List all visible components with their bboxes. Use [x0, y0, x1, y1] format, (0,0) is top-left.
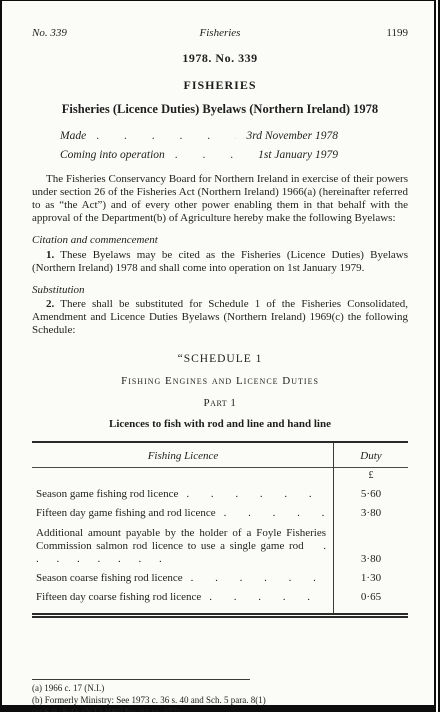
dot-leader: [183, 572, 326, 585]
table-row: Additional amount payable by the holder …: [32, 527, 408, 567]
schedule-part: Part 1: [32, 397, 408, 410]
licence-text: Fifteen day coarse fishing rod licence: [36, 591, 201, 604]
licence-text: Season game fishing rod licence: [36, 488, 178, 501]
table-row: Fifteen day coarse fishing rod licence 0…: [32, 591, 408, 604]
table-header-rule: [32, 467, 408, 468]
dot-leader: [201, 591, 326, 604]
table-row: Season coarse fishing rod licence 1·30: [32, 572, 408, 585]
section-text: These Byelaws may be cited as the Fisher…: [32, 249, 408, 274]
table-column-divider: [333, 443, 334, 614]
section-heading: Citation and commencement: [32, 234, 408, 247]
licence-text: Fifteen day game fishing and rod licence: [36, 507, 216, 520]
column-header-duty: Duty: [334, 450, 408, 463]
preamble-paragraph: The Fisheries Conservancy Board for Nort…: [32, 173, 408, 226]
footnote: (b) Formerly Ministry: See 1973 c. 36 s.…: [32, 695, 408, 707]
duty-cell: 0·65: [334, 591, 408, 604]
running-header-subject: Fisheries: [122, 27, 318, 40]
footnote-separator-rule: [32, 679, 250, 680]
licence-duty-table: Fishing Licence Duty £ Season game fishi…: [32, 441, 408, 619]
dot-leader: [178, 488, 326, 501]
footnote: (c) S.R. & O. (N.I.) 1969 No. 91 (p. 377…: [32, 707, 408, 712]
made-label: Made: [60, 130, 86, 144]
licence-cell: Fifteen day game fishing and rod licence: [32, 507, 334, 520]
licence-text: Additional amount payable by the holder …: [36, 527, 326, 552]
schedule-part-title: Licences to fish with rod and line and h…: [32, 418, 408, 431]
duty-cell: 3·80: [334, 507, 408, 520]
licence-cell: Season game fishing rod licence: [32, 488, 334, 501]
schedule-heading: “SCHEDULE 1: [32, 353, 408, 367]
licence-cell: Additional amount payable by the holder …: [32, 527, 334, 567]
scan-edge-artifact: [436, 0, 438, 712]
section-text: There shall be substituted for Schedule …: [32, 298, 408, 336]
column-header-licence: Fishing Licence: [32, 450, 334, 463]
footnote: (a) 1966 c. 17 (N.I.): [32, 683, 408, 695]
operation-label: Coming into operation: [60, 149, 165, 163]
section-paragraph: 1. These Byelaws may be cited as the Fis…: [32, 249, 408, 275]
made-date: 3rd November 1978: [236, 130, 338, 144]
schedule-subheading: Fishing Engines and Licence Duties: [32, 375, 408, 388]
duty-cell: 1·30: [334, 572, 408, 585]
running-header: No. 339 Fisheries 1199: [32, 27, 408, 40]
dot-leader: [86, 130, 236, 144]
table-row: Fifteen day game fishing and rod licence…: [32, 507, 408, 520]
footnotes-block: (a) 1966 c. 17 (N.I.) (b) Formerly Minis…: [32, 679, 408, 712]
dates-block: Made 3rd November 1978 Coming into opera…: [32, 130, 408, 163]
section-number: 2.: [46, 298, 54, 310]
operation-date-row: Coming into operation 1st January 1979: [60, 149, 338, 163]
currency-row: £: [32, 470, 408, 482]
document-title: Fisheries (Licence Duties) Byelaws (Nort…: [32, 102, 408, 117]
duty-cell: 5·60: [334, 488, 408, 501]
duty-cell: 3·80: [334, 553, 408, 566]
section-heading: Substitution: [32, 284, 408, 297]
operation-date: 1st January 1979: [248, 149, 338, 163]
dot-leader: [216, 507, 326, 520]
made-date-row: Made 3rd November 1978: [60, 130, 338, 144]
table-header-row: Fishing Licence Duty: [32, 450, 408, 463]
licence-cell: Season coarse fishing rod licence: [32, 572, 334, 585]
section-number: 1.: [46, 249, 54, 261]
licence-cell: Fifteen day coarse fishing rod licence: [32, 591, 334, 604]
section-substitution: Substitution 2. There shall be substitut…: [32, 284, 408, 338]
currency-symbol: £: [334, 470, 408, 482]
page-number: 1199: [318, 27, 408, 40]
running-header-number: No. 339: [32, 27, 122, 40]
licence-text: Season coarse fishing rod licence: [36, 572, 183, 585]
table-row: Season game fishing rod licence 5·60: [32, 488, 408, 501]
section-citation: Citation and commencement 1. These Byela…: [32, 234, 408, 275]
subject-heading: FISHERIES: [32, 78, 408, 92]
section-paragraph: 2. There shall be substituted for Schedu…: [32, 298, 408, 338]
document-page: No. 339 Fisheries 1199 1978. No. 339 FIS…: [2, 1, 434, 705]
scanned-statutory-document: No. 339 Fisheries 1199 1978. No. 339 FIS…: [0, 0, 440, 712]
statutory-rule-number: 1978. No. 339: [32, 51, 408, 65]
dot-leader: [165, 149, 248, 163]
